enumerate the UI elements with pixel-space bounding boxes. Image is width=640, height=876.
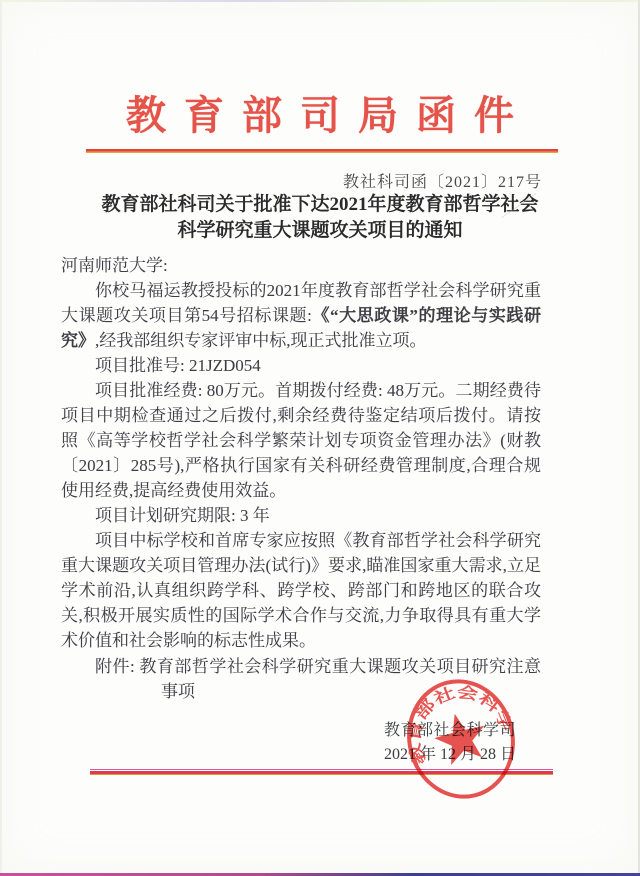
paragraph-duration: 项目计划研究期限: 3 年 [61,503,541,528]
paragraph-requirements: 项目中标学校和首席专家应按照《教育部哲学社会科学研究重大课题攻关项目管理办法(试… [61,528,541,653]
notice-title-line1: 教育部社科司关于批准下达2021年度教育部哲学社会 [60,192,580,218]
scanned-letter-page: 教育部司局函件 教社科司函〔2021〕217号 教育部社科司关于批准下达2021… [0,0,640,876]
paragraph-project-number: 项目批准号: 21JZD054 [61,353,541,378]
paragraph-approval-after: ,经我部组织专家评审中标,现正式批准立项。 [95,331,427,350]
scan-edge-top [0,0,640,2]
paragraph-approval: 你校马福运教授投标的2021年度教育部哲学社会科学研究重大课题攻关项目第54号招… [61,278,541,353]
seal-group: 教育部社会科学司 [404,676,518,802]
notice-title-line2: 科学研究重大课题攻关项目的通知 [60,218,580,244]
letterhead-title: 教育部司局函件 [0,84,640,141]
salutation: 河南师范大学: [61,253,541,278]
document-number: 教社科司函〔2021〕217号 [0,169,542,192]
letter-body: 河南师范大学: 你校马福运教授投标的2021年度教育部哲学社会科学研究重大课题攻… [61,253,541,653]
letterhead-rule [86,149,558,153]
attachment-label: 附件: [95,657,135,676]
paragraph-funding: 项目批准经费: 80万元。首期拨付经费: 48万元。二期经费待项目中期检查通过之… [61,378,541,503]
official-seal: 教育部社会科学司 [404,676,518,802]
seal-star-icon [430,708,492,768]
